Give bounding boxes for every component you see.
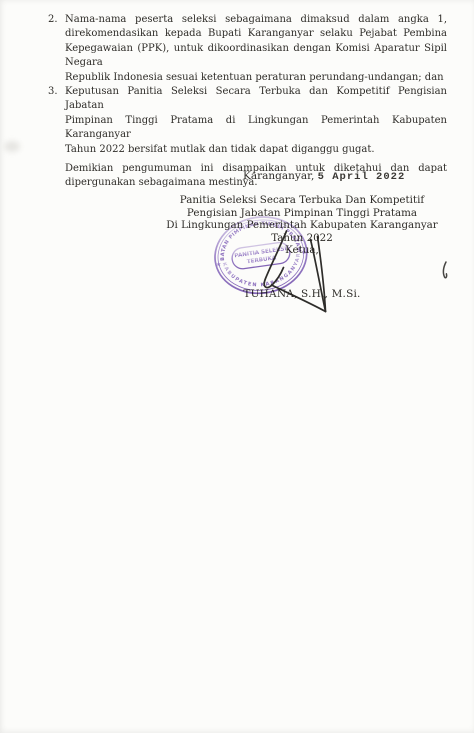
text-line: Tahun 2022 bersifat mutlak dan tidak dap… [65, 143, 447, 157]
dateline-place: Karanganyar, [243, 170, 314, 182]
scanned-document-page: 2. Nama-nama peserta seleksi sebagaimana… [0, 0, 474, 733]
list-item-text: Nama-nama peserta seleksi sebagaimana di… [65, 13, 447, 85]
list-number: 3. [48, 85, 65, 157]
dateline-date: 5 April 2022 [318, 171, 406, 183]
dateline: Karanganyar, 5 April 2022 [243, 170, 405, 183]
list-item-text: Keputusan Panitia Seleksi Secara Terbuka… [65, 85, 447, 157]
text-line: Keputusan Panitia Seleksi Secara Terbuka… [65, 85, 447, 114]
text-line: Kepegawaian (PPK), untuk dikoordinasikan… [65, 42, 447, 71]
official-seal-stamp: PANITIA SELEKSI TERBUKA JABATAN PIMPINAN… [202, 203, 322, 309]
stray-ink-mark [443, 262, 446, 278]
seal-star-right: ★ [301, 249, 307, 257]
list-item-2: 2. Nama-nama peserta seleksi sebagaimana… [48, 13, 447, 85]
list-number: 2. [48, 13, 65, 85]
text-line: Pimpinan Tinggi Pratama di Lingkungan Pe… [65, 114, 447, 143]
text-line: Republik Indonesia sesuai ketentuan pera… [65, 71, 447, 85]
seal-star-left: ★ [216, 261, 222, 269]
seal-graphic: PANITIA SELEKSI TERBUKA JABATAN PIMPINAN… [202, 203, 312, 301]
paper-smudge [4, 141, 20, 152]
body-text: 2. Nama-nama peserta seleksi sebagaimana… [48, 13, 447, 190]
text-line: direkomendasikan kepada Bupati Karangany… [65, 27, 447, 41]
text-line: Nama-nama peserta seleksi sebagaimana di… [65, 13, 447, 27]
list-item-3: 3. Keputusan Panitia Seleksi Secara Terb… [48, 85, 447, 157]
